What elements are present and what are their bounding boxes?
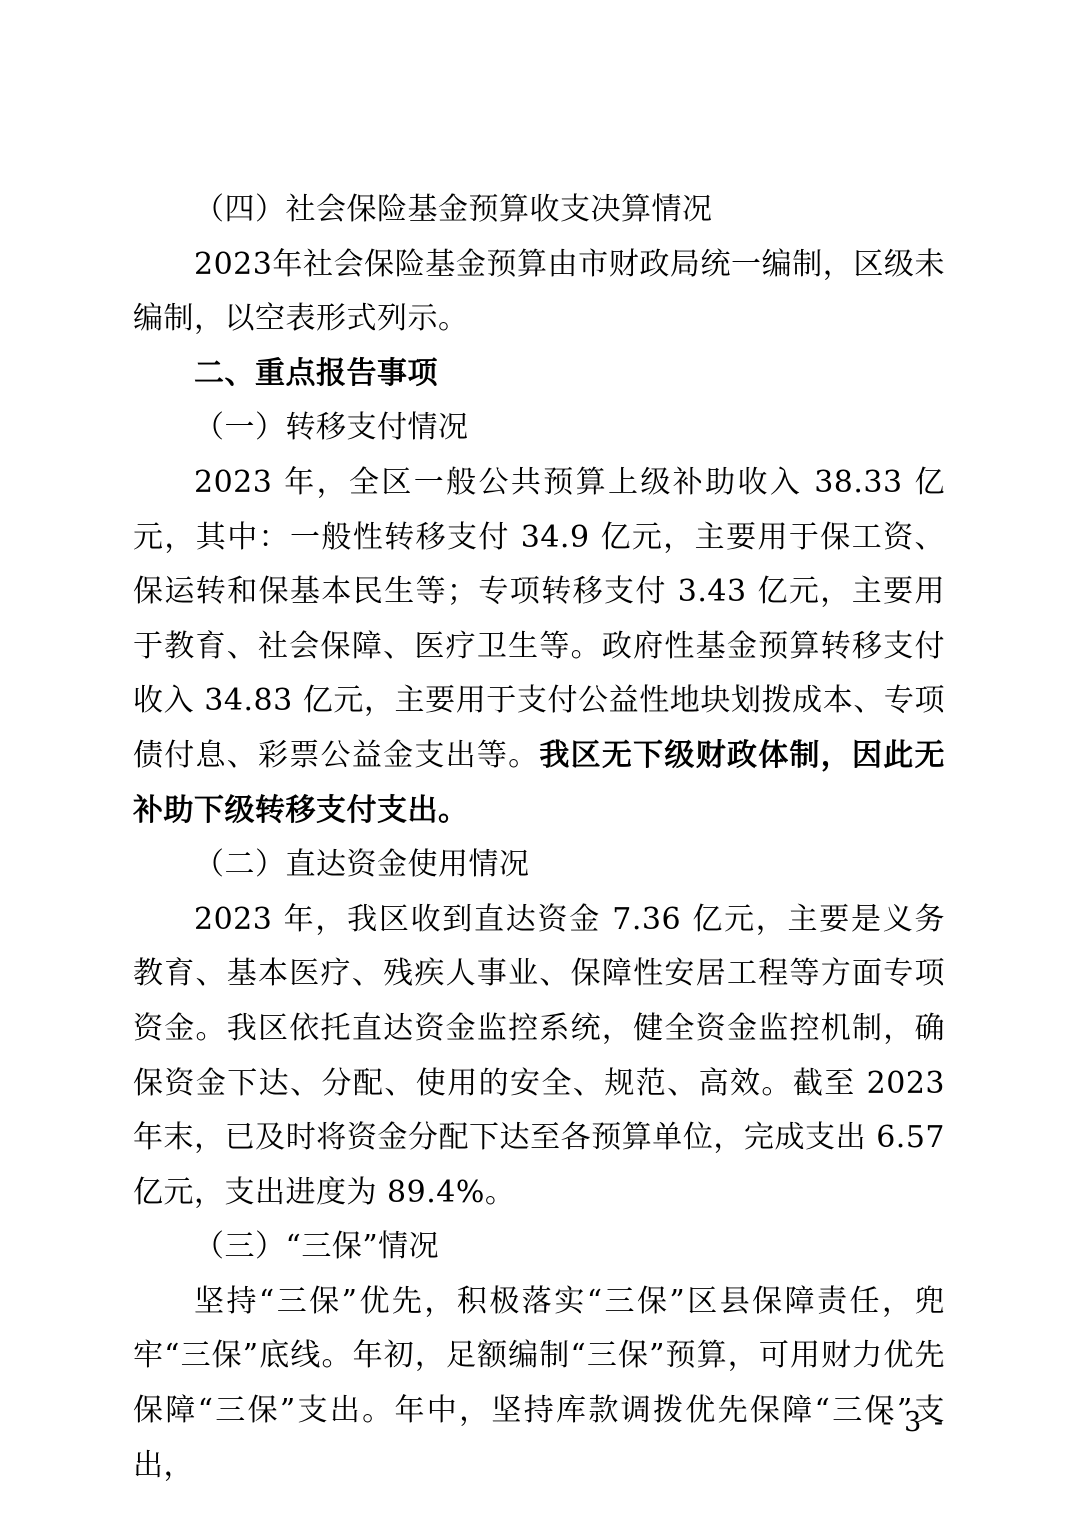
item-2-paragraph: 2023 年，我区收到直达资金 7.36 亿元，主要是义务教育、基本医疗、残疾人…: [133, 893, 945, 1221]
part-2-heading: 二、重点报告事项: [133, 347, 945, 402]
item-1-paragraph: 2023 年，全区一般公共预算上级补助收入 38.33 亿元，其中：一般性转移支…: [133, 456, 945, 838]
item-2-heading: （二）直达资金使用情况: [133, 838, 945, 893]
item-3-heading: （三）“三保”情况: [133, 1220, 945, 1275]
item-1-text: 2023 年，全区一般公共预算上级补助收入 38.33 亿元，其中：一般性转移支…: [133, 465, 945, 773]
section-4-heading: （四）社会保险基金预算收支决算情况: [133, 183, 945, 238]
document-page: （四）社会保险基金预算收支决算情况 2023年社会保险基金预算由市财政局统一编制…: [0, 0, 1074, 1520]
item-3-paragraph: 坚持“三保”优先，积极落实“三保”区县保障责任，兜牢“三保”底线。年初，足额编制…: [133, 1275, 945, 1493]
page-number: - 3 -: [882, 1406, 945, 1440]
section-4-paragraph: 2023年社会保险基金预算由市财政局统一编制，区级未编制，以空表形式列示。: [133, 238, 945, 347]
document-body: （四）社会保险基金预算收支决算情况 2023年社会保险基金预算由市财政局统一编制…: [133, 183, 945, 1493]
item-1-heading: （一）转移支付情况: [133, 401, 945, 456]
